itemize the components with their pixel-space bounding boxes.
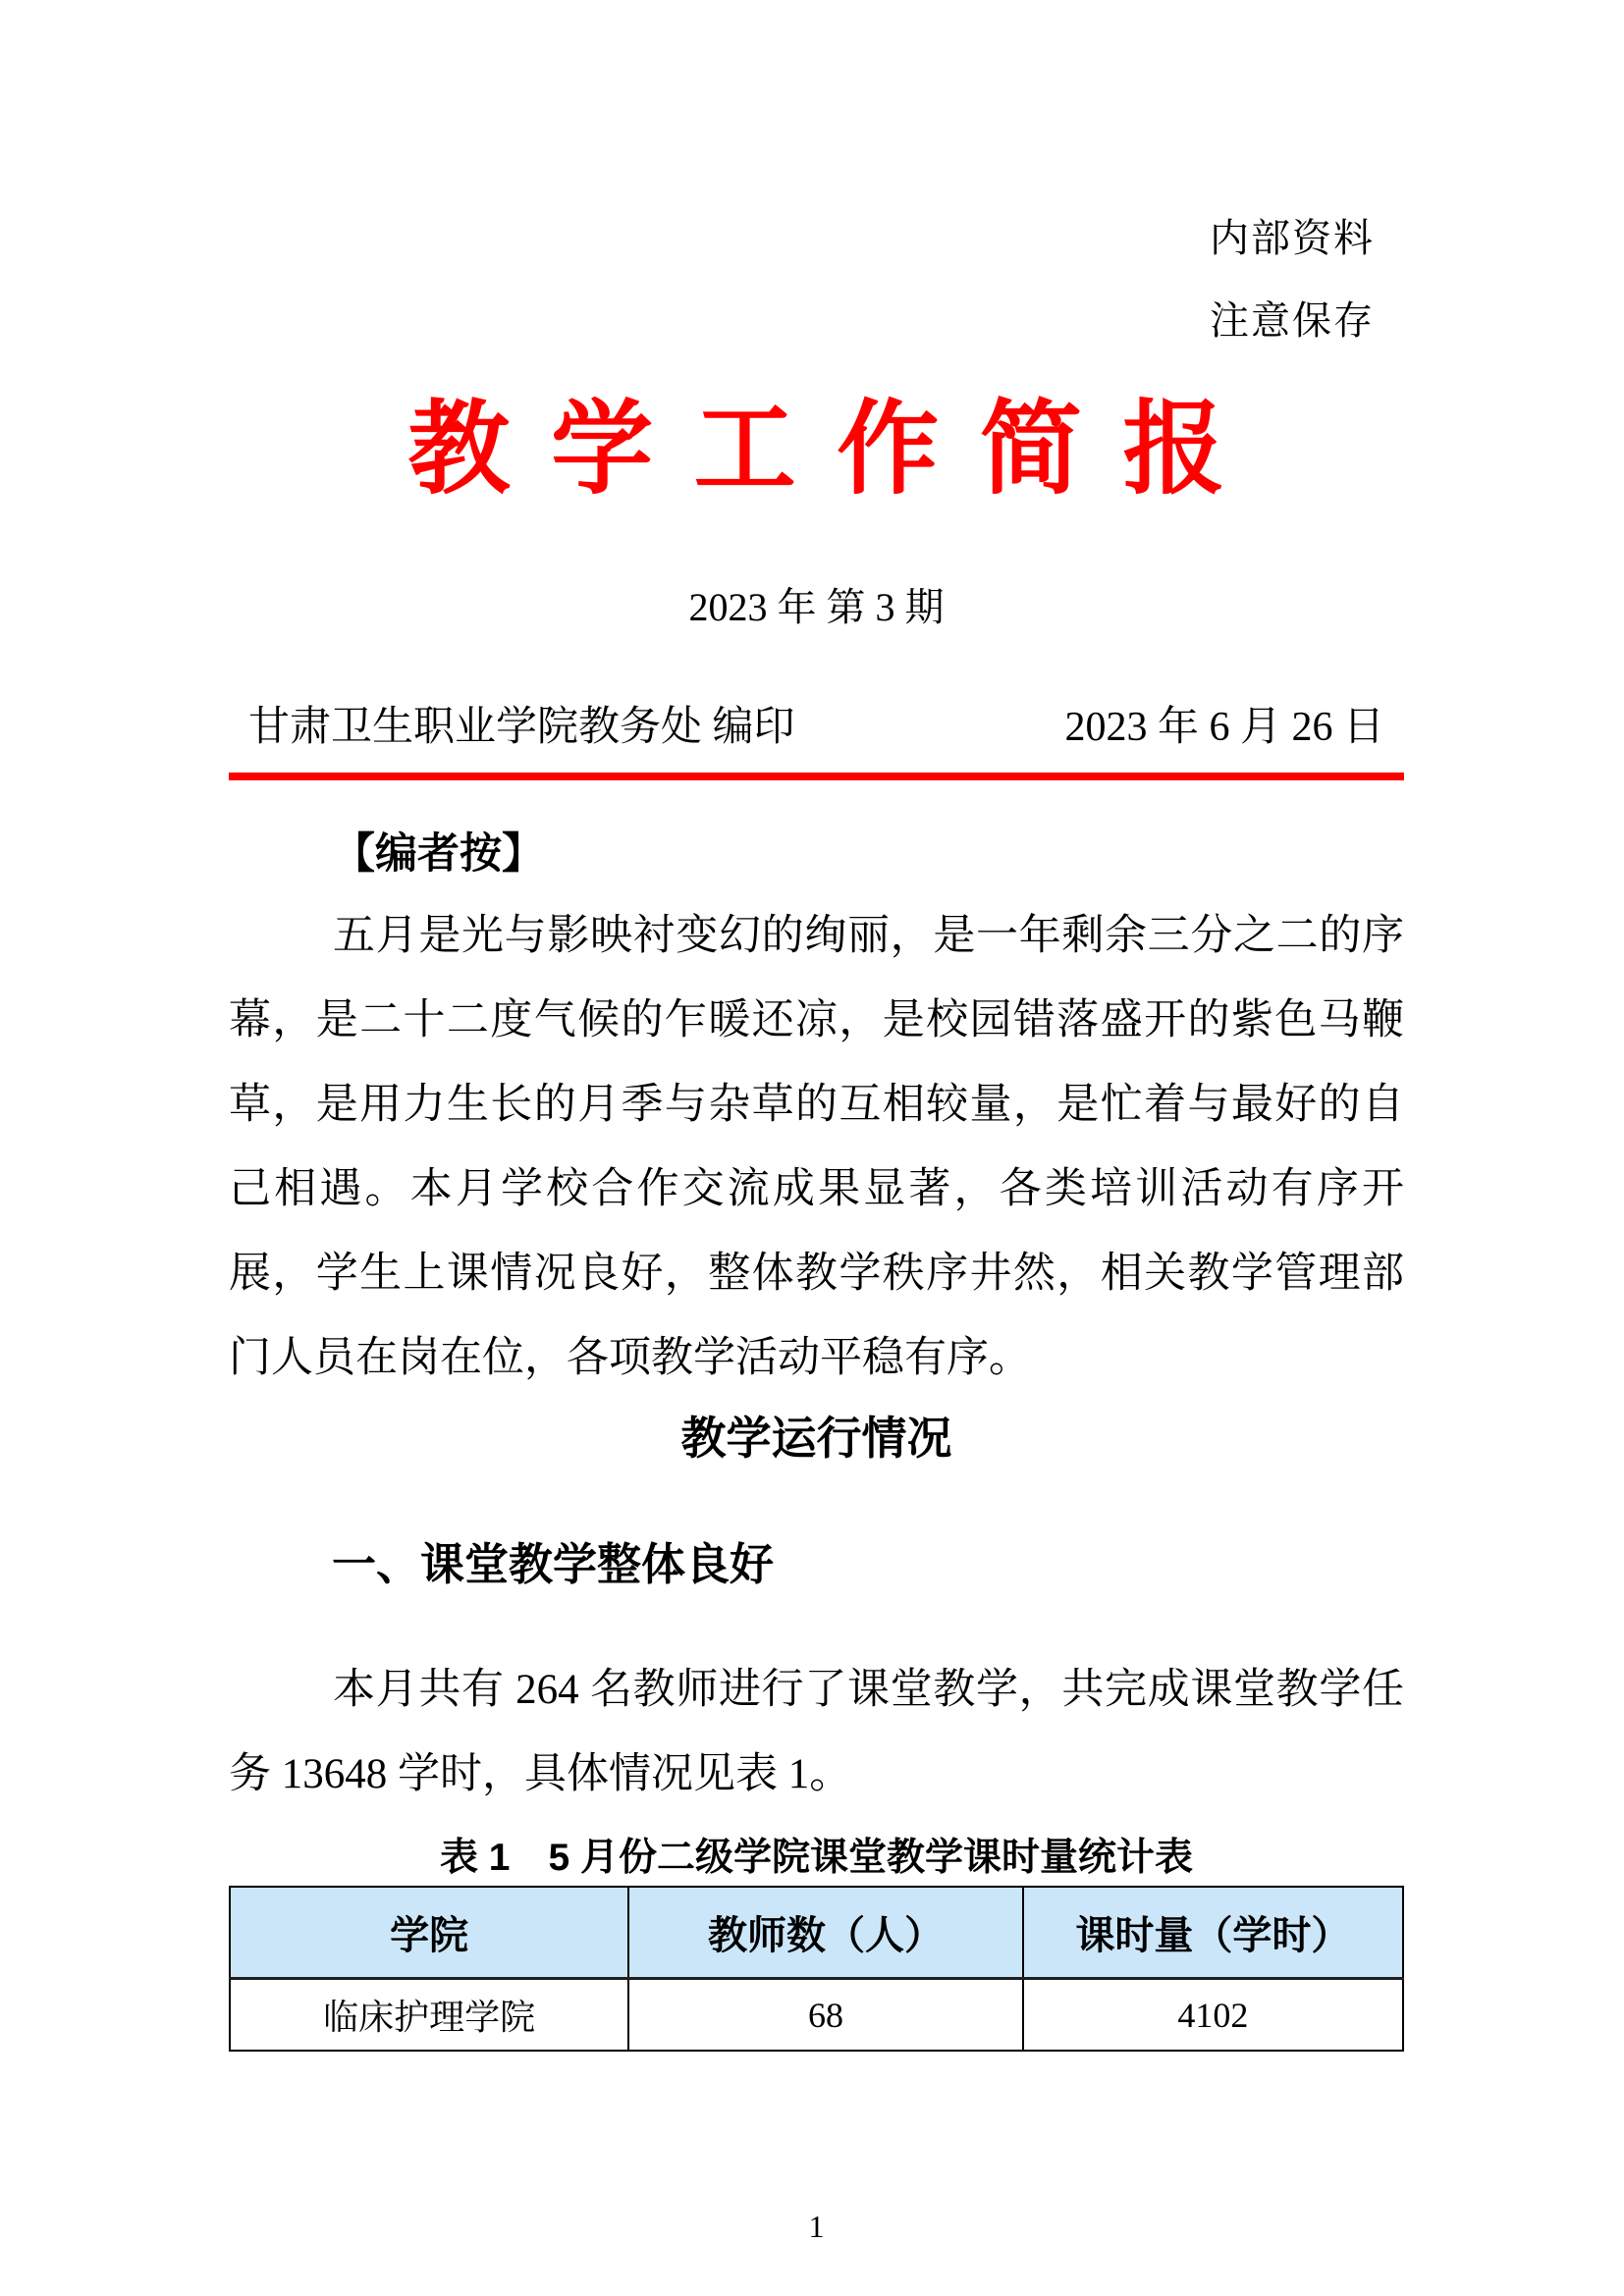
red-divider-rule (229, 773, 1404, 780)
teaching-hours-table: 学院 教师数（人） 课时量（学时） 临床护理学院 68 4102 (229, 1886, 1404, 2052)
publisher-row: 甘肃卫生职业学院教务处 编印 2023 年 6 月 26 日 (229, 696, 1404, 759)
table-header-row: 学院 教师数（人） 课时量（学时） (230, 1887, 1403, 1979)
publisher-name: 甘肃卫生职业学院教务处 编印 (248, 696, 795, 759)
issue-line: 2023 年 第 3 期 (229, 578, 1404, 637)
editor-note-body: 五月是光与影映衬变幻的绚丽，是一年剩余三分之二的序幕，是二十二度气候的乍暖还凉，… (229, 894, 1404, 1401)
table-header-teacher-count: 教师数（人） (628, 1887, 1023, 1979)
section-heading-teaching-operation: 教学运行情况 (229, 1407, 1404, 1469)
table-header-class-hours: 课时量（学时） (1023, 1887, 1403, 1979)
page-number: 1 (229, 2205, 1404, 2248)
notice-line-keep: 注意保存 (229, 280, 1375, 362)
table-cell-class-hours: 4102 (1023, 1979, 1403, 2052)
editor-note-label: 【编者按】 (229, 816, 1404, 894)
confidential-notice: 内部资料 注意保存 (229, 197, 1404, 362)
notice-line-internal: 内部资料 (229, 197, 1375, 280)
classroom-teaching-paragraph: 本月共有 264 名教师进行了课堂教学，共完成课堂教学任务 13648 学时，具… (229, 1648, 1404, 1817)
publish-date: 2023 年 6 月 26 日 (1064, 696, 1384, 759)
table-row: 临床护理学院 68 4102 (230, 1979, 1403, 2052)
document-page: 内部资料 注意保存 教学工作简报 2023 年 第 3 期 甘肃卫生职业学院教务… (0, 0, 1624, 2296)
document-title: 教学工作简报 (229, 392, 1404, 509)
table-cell-college: 临床护理学院 (230, 1979, 628, 2052)
page-content: 内部资料 注意保存 教学工作简报 2023 年 第 3 期 甘肃卫生职业学院教务… (229, 197, 1404, 2248)
subsection-heading-classroom-teaching: 一、课堂教学整体良好 (229, 1532, 1404, 1597)
table-cell-teacher-count: 68 (628, 1979, 1023, 2052)
table-header-college: 学院 (230, 1887, 628, 1979)
table1-caption: 表 1 5 月份二级学院课堂教学课时量统计表 (229, 1831, 1404, 1886)
